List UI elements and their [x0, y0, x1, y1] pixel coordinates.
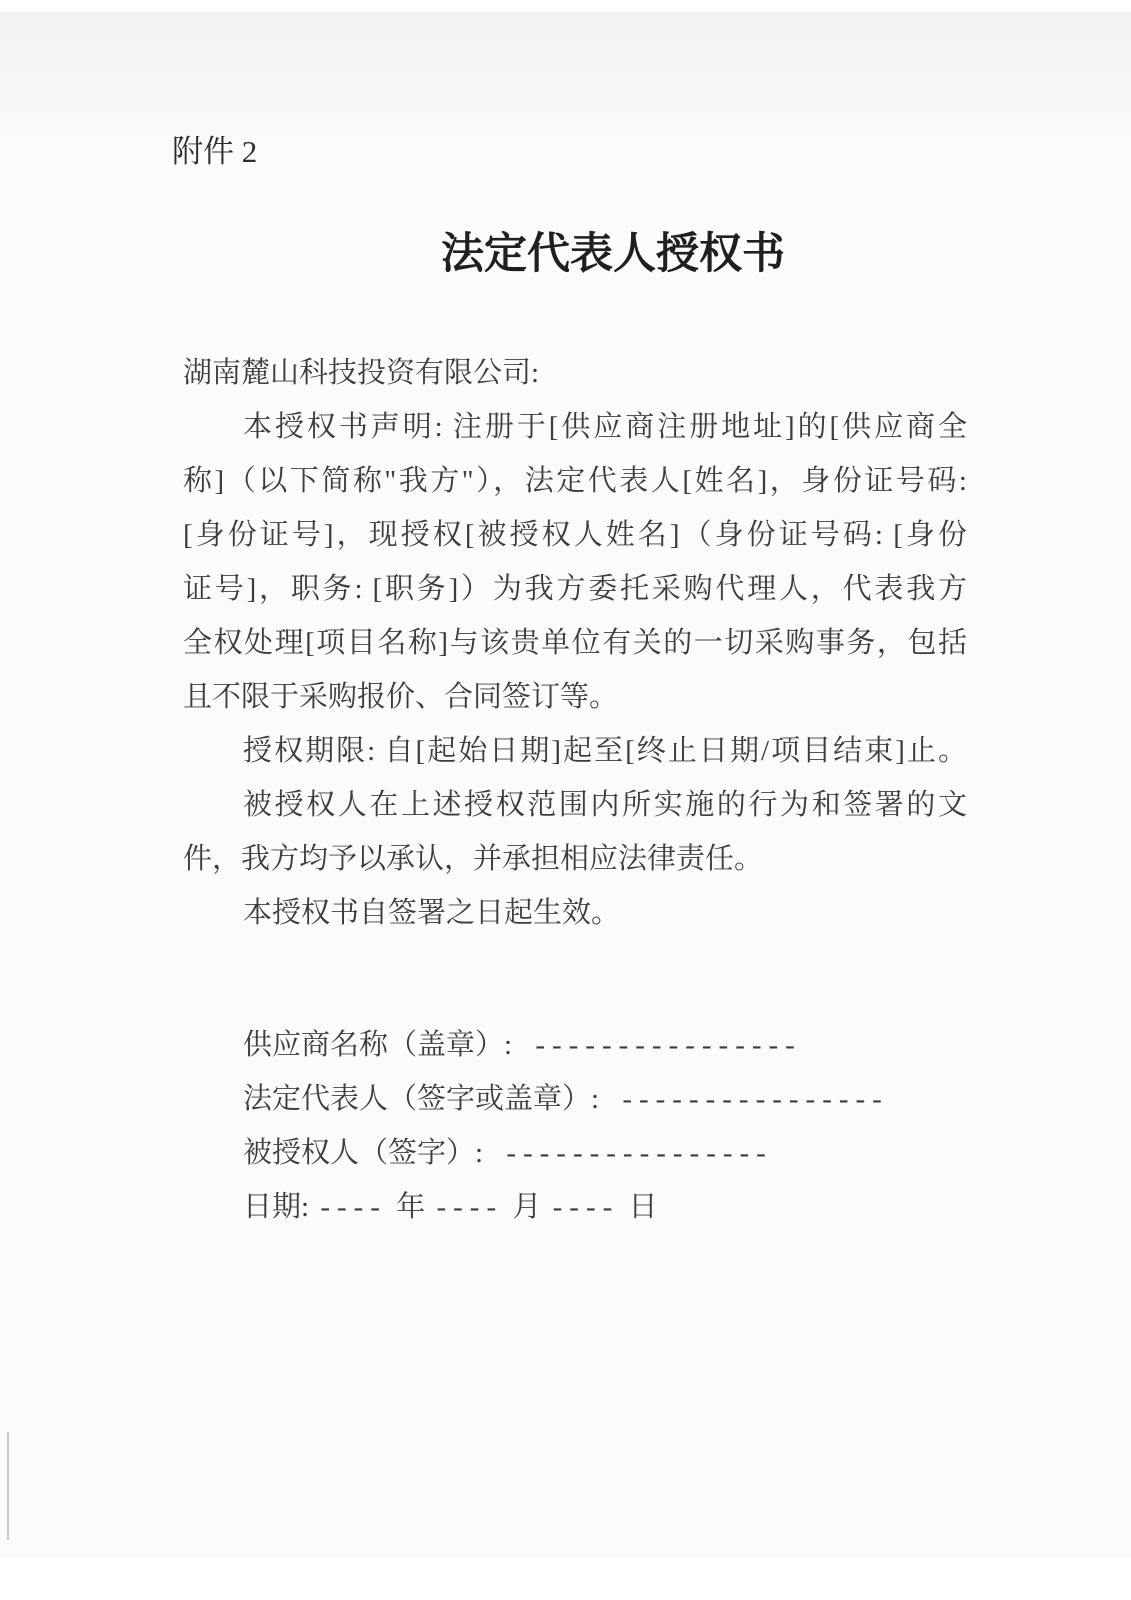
signature-line-legal-representative: 法定代表人（签字或盖章）: ----------------: [243, 1072, 967, 1126]
date-month-blank: ----: [436, 1191, 503, 1223]
body-line-6: 且不限于采购报价、合同签订等。: [183, 670, 967, 724]
salutation-line: 湖南麓山科技投资有限公司:: [183, 346, 967, 400]
body-line-9: 件，我方均予以承认，并承担相应法律责任。: [183, 832, 967, 886]
body-line-effective-date: 本授权书自签署之日起生效。: [183, 886, 967, 940]
supplier-name-blank: ----------------: [535, 1029, 802, 1061]
date-year-unit: 年: [396, 1191, 425, 1223]
body-line-authorization-period: 授权期限: 自[起始日期]起至[终止日期/项目结束]止。: [183, 724, 967, 778]
attachment-label: 附件 2: [172, 126, 257, 171]
date-year-blank: ----: [320, 1191, 387, 1223]
scan-left-edge-line: [7, 1432, 9, 1540]
body-line-1: 本授权书声明: 注册于[供应商注册地址]的[供应商全: [183, 400, 967, 454]
authorized-person-label: 被授权人（签字）:: [243, 1137, 483, 1169]
document-title: 法定代表人授权书: [0, 220, 1131, 281]
body-line-5: 全权处理[项目名称]与该贵单位有关的一切采购事务，包括: [183, 616, 967, 670]
document-body: 湖南麓山科技投资有限公司: 本授权书声明: 注册于[供应商注册地址]的[供应商全…: [183, 346, 967, 1234]
scan-edge-top-white: [0, 0, 1131, 12]
date-month-unit: 月: [512, 1191, 541, 1223]
signature-line-supplier-name: 供应商名称（盖章）: ----------------: [243, 1018, 967, 1072]
body-line-8: 被授权人在上述授权范围内所实施的行为和签署的文: [183, 778, 967, 832]
body-line-2: 称]（以下简称"我方"），法定代表人[姓名]，身份证号码:: [183, 454, 967, 508]
date-label: 日期:: [243, 1191, 309, 1223]
supplier-name-label: 供应商名称（盖章）:: [243, 1029, 512, 1061]
authorization-letter-page: 附件 2 法定代表人授权书 湖南麓山科技投资有限公司: 本授权书声明: 注册于[…: [0, 0, 1131, 1600]
signature-line-authorized-person: 被授权人（签字）: ----------------: [243, 1126, 967, 1180]
authorized-person-blank: ----------------: [506, 1137, 773, 1169]
legal-representative-blank: ----------------: [622, 1083, 889, 1115]
signature-block: 供应商名称（盖章）: ---------------- 法定代表人（签字或盖章）…: [183, 1018, 967, 1234]
legal-representative-label: 法定代表人（签字或盖章）:: [243, 1083, 599, 1115]
scan-edge-bottom-white: [0, 1558, 1131, 1600]
scan-shadow-top: [0, 12, 1131, 142]
date-line: 日期: ---- 年 ---- 月 ---- 日: [243, 1180, 967, 1234]
date-day-blank: ----: [553, 1191, 620, 1223]
body-line-4: 证号]，职务: [职务]）为我方委托采购代理人，代表我方: [183, 562, 967, 616]
date-day-unit: 日: [629, 1191, 658, 1223]
body-line-3: [身份证号]，现授权[被授权人姓名]（身份证号码: [身份: [183, 508, 967, 562]
